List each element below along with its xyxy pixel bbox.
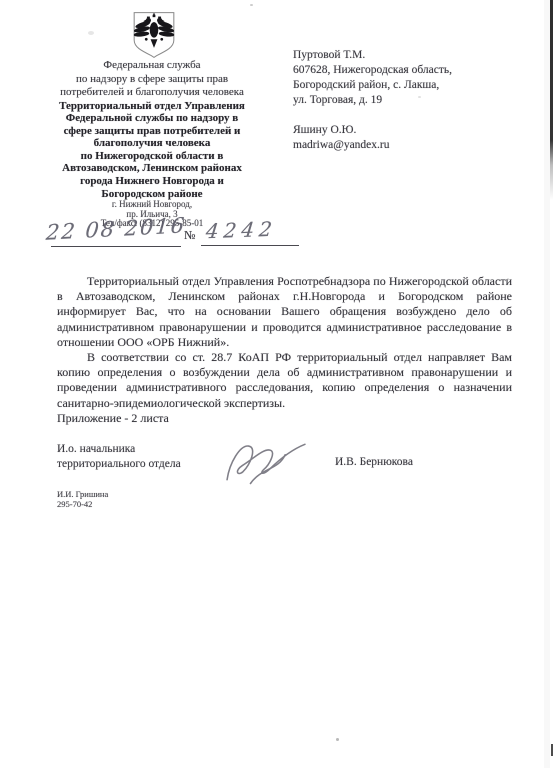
recipient-block: Пуртовой Т.М. 607628, Нижегородская обла… [293,48,452,153]
letterhead-line: Федеральной службы по надзору в [22,112,282,125]
letterhead-line: Федеральная служба [22,59,282,73]
signer-title-line: И.о. начальника [57,442,181,457]
letterhead-line: Автозаводском, Ленинском районах [22,162,282,175]
date-underline [51,246,181,247]
recipient-line: Богородский район, с. Лакша, [293,78,452,93]
scan-speck [88,31,94,35]
department-name: Территориальный отдел Управления Федерал… [22,100,282,201]
handwritten-outgoing-number: 4242 [205,217,278,244]
body-paragraph: В соответствии со ст. 28.7 КоАП РФ терри… [57,350,512,411]
letterhead-line: благополучия человека [22,137,282,150]
recipient-secondary: Яшину О.Ю. madriwa@yandex.ru [293,123,452,153]
letterhead-line: Территориальный отдел Управления [22,100,282,113]
letterhead-line: сфере защиты прав потребителей и [22,125,282,138]
recipient-line: 607628, Нижегородская область, [293,63,452,78]
letterhead-line: по надзору в сфере защиты прав [22,73,282,87]
letterhead: Федеральная служба по надзору в сфере за… [22,59,282,228]
recipient-line: ул. Торговая, д. 19 [293,93,452,108]
letter-body: Территориальный отдел Управления Роспотр… [57,274,512,426]
executor-block: И.И. Гришина 295-70-42 [57,490,108,509]
scan-speck [507,278,509,280]
handwritten-signature [214,431,319,493]
body-paragraph: Территориальный отдел Управления Роспотр… [57,274,512,350]
recipient-primary: Пуртовой Т.М. 607628, Нижегородская обла… [293,48,452,108]
letterhead-line: города Нижнего Новгорода и [22,175,282,188]
scan-speck [418,96,421,98]
number-underline [201,245,299,246]
letterhead-line: потребителей и благополучия человека [22,86,282,100]
signer-name: И.В. Бернюкова [335,456,413,468]
letterhead-line: по Нижегородской области в [22,150,282,163]
signer-title: И.о. начальника территориального отдела [57,442,181,472]
signer-title-line: территориального отдела [57,457,181,472]
scanned-letter-page: Федеральная служба по надзору в сфере за… [0,0,553,768]
agency-name: Федеральная служба по надзору в сфере за… [22,59,282,100]
scan-speck [336,738,339,741]
number-sign: № [184,228,195,243]
coat-of-arms-icon [127,10,181,60]
scan-speck [250,4,253,6]
recipient-email: madriwa@yandex.ru [293,138,452,153]
recipient-line: Пуртовой Т.М. [293,48,452,63]
attachment-note: Приложение - 2 листа [57,411,512,426]
executor-phone: 295-70-42 [57,500,108,510]
recipient-line: Яшину О.Ю. [293,123,452,138]
